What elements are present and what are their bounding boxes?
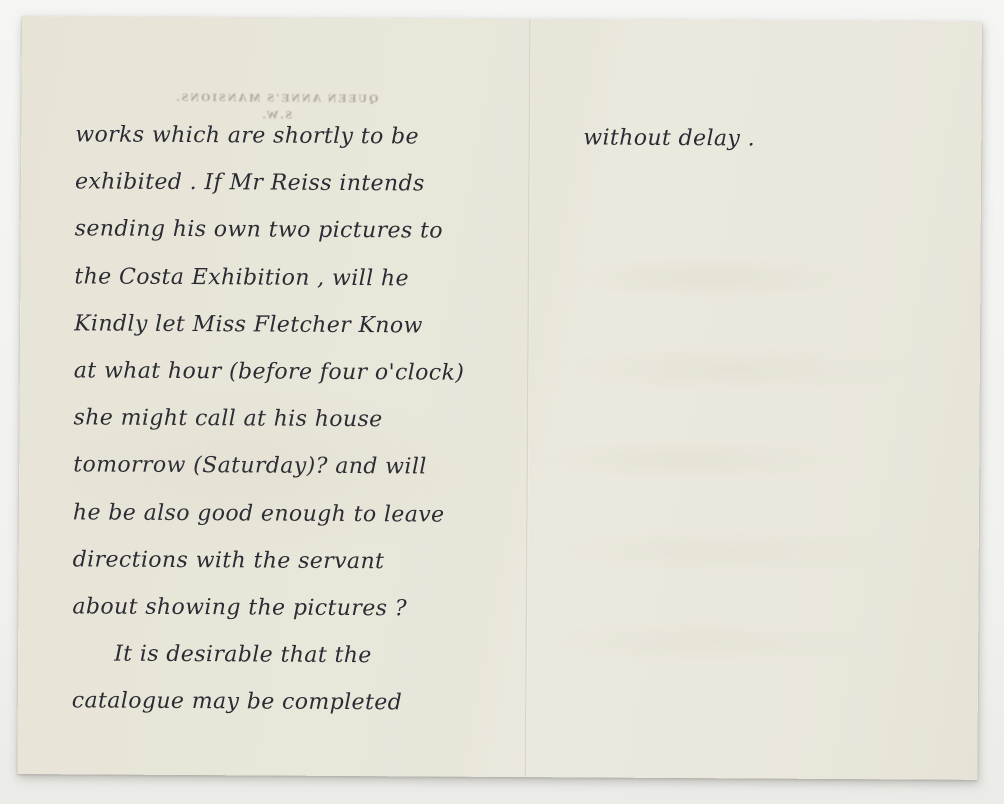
handwritten-line: exhibited . If Mr Reiss intends bbox=[75, 159, 545, 209]
scan-background: QUEEN ANNE'S MANSIONS. S.W. works which … bbox=[0, 0, 1004, 804]
handwritten-line: without delay . bbox=[583, 114, 963, 164]
handwritten-line: tomorrow (Saturday)? and will bbox=[73, 442, 543, 492]
letterhead-line1: QUEEN ANNE'S MANSIONS. bbox=[141, 89, 411, 108]
handwritten-line: directions with the servant bbox=[73, 536, 543, 586]
handwritten-line: he be also good enough to leave bbox=[73, 489, 543, 539]
handwritten-line: It is desirable that the bbox=[72, 630, 542, 680]
left-page-text: works which are shortly to be exhibited … bbox=[72, 111, 546, 727]
handwritten-line: Kindly let Miss Fletcher Know bbox=[74, 300, 544, 350]
handwritten-line: catalogue may be completed bbox=[72, 678, 542, 728]
letter-sheet: QUEEN ANNE'S MANSIONS. S.W. works which … bbox=[17, 16, 982, 780]
handwritten-line: the Costa Exhibition , will he bbox=[74, 253, 544, 303]
handwritten-line: she might call at his house bbox=[73, 394, 543, 444]
handwritten-line: about showing the pictures ? bbox=[72, 583, 542, 633]
right-page-text: without delay . bbox=[583, 114, 963, 164]
handwritten-line: at what hour (before four o'clock) bbox=[74, 347, 544, 397]
handwritten-line: sending his own two pictures to bbox=[75, 206, 545, 256]
handwritten-line: works which are shortly to be bbox=[75, 111, 545, 161]
